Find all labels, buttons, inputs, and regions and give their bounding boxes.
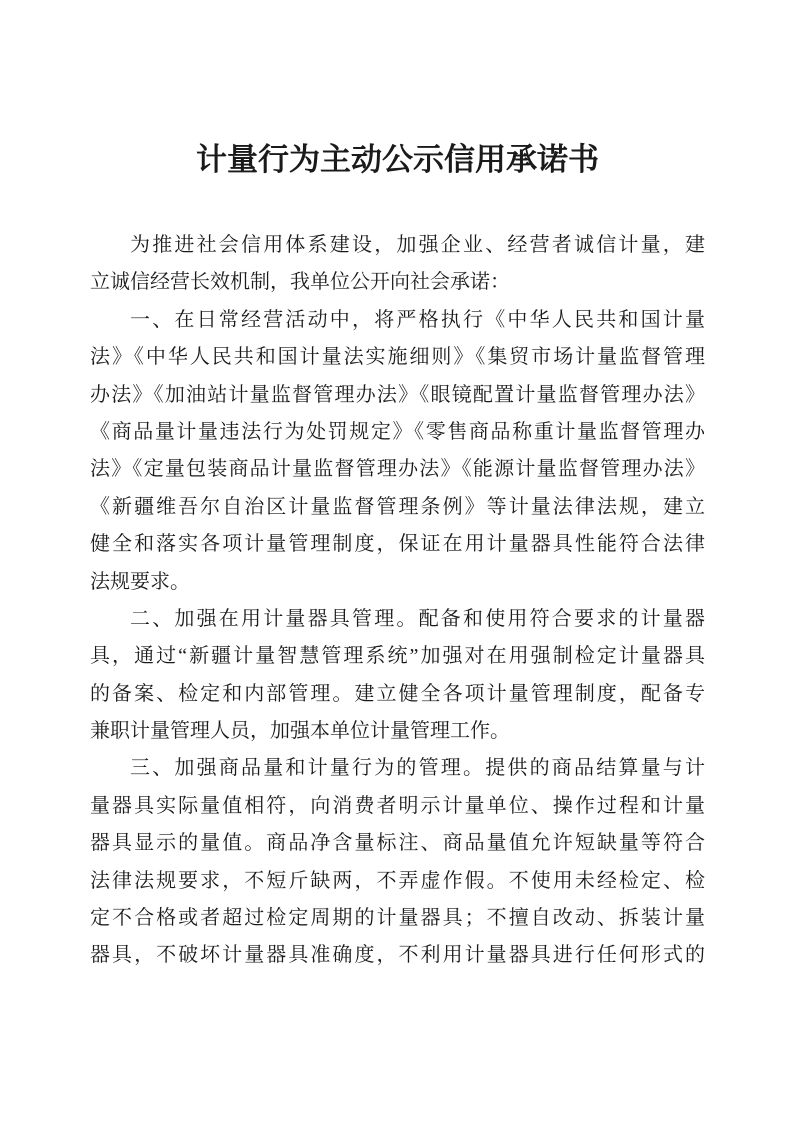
text-line: 《新疆维吾尔自治区计量监督管理条例》等计量法律法规，建立 xyxy=(90,489,705,526)
text-line: 《商品量计量违法行为处罚规定》《零售商品称重计量监督管理办 xyxy=(90,414,705,451)
text-line: 为推进社会信用体系建设，加强企业、经营者诚信计量，建 xyxy=(90,227,705,264)
text-line: 器具，不破坏计量器具准确度，不利用计量器具进行任何形式的 xyxy=(90,937,705,974)
text-line: 定不合格或者超过检定周期的计量器具；不擅自改动、拆装计量 xyxy=(90,900,705,937)
text-line: 法》《定量包装商品计量监督管理办法》《能源计量监督管理办法》 xyxy=(90,451,705,488)
text-line: 法规要求。 xyxy=(90,564,705,601)
document-body: 为推进社会信用体系建设，加强企业、经营者诚信计量，建立诚信经营长效机制，我单位公… xyxy=(90,227,705,975)
paragraph: 三、加强商品量和计量行为的管理。提供的商品结算量与计量器具实际量值相符，向消费者… xyxy=(90,750,705,974)
text-line: 办法》《加油站计量监督管理办法》《眼镜配置计量监督管理办法》 xyxy=(90,377,705,414)
paragraph: 一、在日常经营活动中，将严格执行《中华人民共和国计量法》《中华人民共和国计量法实… xyxy=(90,302,705,601)
document-page: 计量行为主动公示信用承诺书 为推进社会信用体系建设，加强企业、经营者诚信计量，建… xyxy=(0,0,793,1122)
text-line: 的备案、检定和内部管理。建立健全各项计量管理制度，配备专 xyxy=(90,676,705,713)
text-line: 兼职计量管理人员，加强本单位计量管理工作。 xyxy=(90,713,705,750)
text-line: 三、加强商品量和计量行为的管理。提供的商品结算量与计 xyxy=(90,750,705,787)
text-line: 法律法规要求，不短斤缺两，不弄虚作假。不使用未经检定、检 xyxy=(90,863,705,900)
text-line: 立诚信经营长效机制，我单位公开向社会承诺： xyxy=(90,264,705,301)
text-line: 二、加强在用计量器具管理。配备和使用符合要求的计量器 xyxy=(90,601,705,638)
text-line: 健全和落实各项计量管理制度，保证在用计量器具性能符合法律 xyxy=(90,526,705,563)
paragraph: 为推进社会信用体系建设，加强企业、经营者诚信计量，建立诚信经营长效机制，我单位公… xyxy=(90,227,705,302)
text-line: 一、在日常经营活动中，将严格执行《中华人民共和国计量 xyxy=(90,302,705,339)
text-line: 法》《中华人民共和国计量法实施细则》《集贸市场计量监督管理 xyxy=(90,339,705,376)
text-line: 具，通过“新疆计量智慧管理系统”加强对在用强制检定计量器具 xyxy=(90,638,705,675)
paragraph: 二、加强在用计量器具管理。配备和使用符合要求的计量器具，通过“新疆计量智慧管理系… xyxy=(90,601,705,751)
text-line: 器具显示的量值。商品净含量标注、商品量值允许短缺量等符合 xyxy=(90,825,705,862)
text-line: 量器具实际量值相符，向消费者明示计量单位、操作过程和计量 xyxy=(90,788,705,825)
document-title: 计量行为主动公示信用承诺书 xyxy=(90,141,705,179)
